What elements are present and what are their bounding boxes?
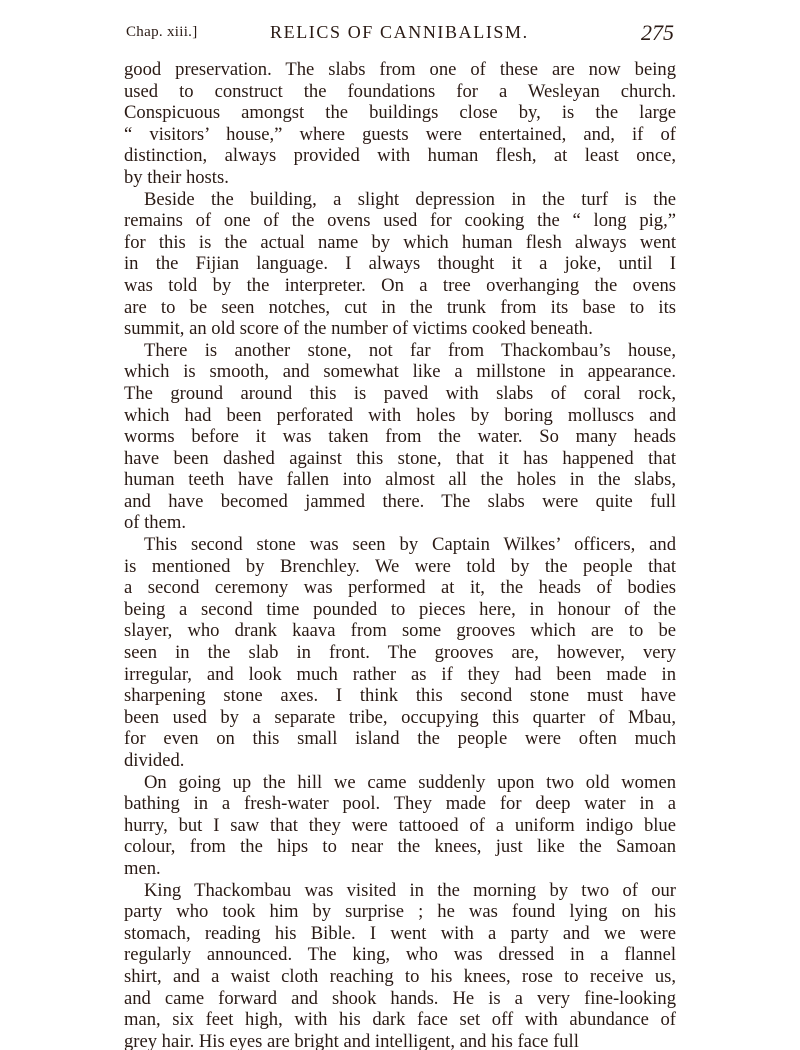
text-line: “ visitors’ house,” where guests were en… [124, 124, 676, 146]
text-line: used to construct the foundations for a … [124, 81, 676, 103]
text-line: irregular, and look much rather as if th… [124, 664, 676, 686]
text-line: There is another stone, not far from Tha… [124, 340, 676, 362]
text-line: seen in the slab in front. The grooves a… [124, 642, 676, 664]
text-line: been used by a separate tribe, occupying… [124, 707, 676, 729]
text-line: men. [124, 858, 676, 880]
text-line: being a second time pounded to pieces he… [124, 599, 676, 621]
paragraph: There is another stone, not far from Tha… [124, 340, 676, 534]
text-line: bathing in a fresh-water pool. They made… [124, 793, 676, 815]
text-line: slayer, who drank kaava from some groove… [124, 620, 676, 642]
text-line: and came forward and shook hands. He is … [124, 988, 676, 1010]
text-line: Conspicuous amongst the buildings close … [124, 102, 676, 124]
text-line: distinction, always provided with human … [124, 145, 676, 167]
chapter-title: RELICS OF CANNIBALISM. [270, 22, 529, 43]
text-line: for even on this small island the people… [124, 728, 676, 750]
text-line: of them. [124, 512, 676, 534]
text-line: This second stone was seen by Captain Wi… [124, 534, 676, 556]
text-line: remains of one of the ovens used for coo… [124, 210, 676, 232]
paragraph: King Thackombau was visited in the morni… [124, 880, 676, 1050]
text-line: divided. [124, 750, 676, 772]
text-line: Beside the building, a slight depression… [124, 189, 676, 211]
text-line: in the Fijian language. I always thought… [124, 253, 676, 275]
running-head: Chap. xiii.] RELICS OF CANNIBALISM. 275 [124, 18, 676, 48]
text-line: King Thackombau was visited in the morni… [124, 880, 676, 902]
text-line: was told by the interpreter. On a tree o… [124, 275, 676, 297]
text-line: sharpening stone axes. I think this seco… [124, 685, 676, 707]
text-line: colour, from the hips to near the knees,… [124, 836, 676, 858]
paragraph: Beside the building, a slight depression… [124, 189, 676, 340]
chapter-label: Chap. xiii.] [126, 24, 198, 41]
text-line: by their hosts. [124, 167, 676, 189]
text-line: for this is the actual name by which hum… [124, 232, 676, 254]
text-line: grey hair. His eyes are bright and intel… [124, 1031, 676, 1050]
text-line: shirt, and a waist cloth reaching to his… [124, 966, 676, 988]
book-page: Chap. xiii.] RELICS OF CANNIBALISM. 275 … [0, 0, 800, 1050]
text-line: which had been perforated with holes by … [124, 405, 676, 427]
text-line: a second ceremony was performed at it, t… [124, 577, 676, 599]
paragraph: good preservation. The slabs from one of… [124, 59, 676, 189]
text-line: are to be seen notches, cut in the trunk… [124, 297, 676, 319]
text-line: stomach, reading his Bible. I went with … [124, 923, 676, 945]
paragraph: This second stone was seen by Captain Wi… [124, 534, 676, 772]
text-line: man, six feet high, with his dark face s… [124, 1009, 676, 1031]
text-line: have been dashed against this stone, tha… [124, 448, 676, 470]
page-number: 275 [641, 20, 674, 46]
text-line: hurry, but I saw that they were tattooed… [124, 815, 676, 837]
paragraph: On going up the hill we came suddenly up… [124, 772, 676, 880]
text-line: party who took him by surprise ; he was … [124, 901, 676, 923]
text-line: regularly announced. The king, who was d… [124, 944, 676, 966]
text-line: summit, an old score of the number of vi… [124, 318, 676, 340]
text-line: is mentioned by Brenchley. We were told … [124, 556, 676, 578]
text-line: worms before it was taken from the water… [124, 426, 676, 448]
text-line: and have becomed jammed there. The slabs… [124, 491, 676, 513]
text-line: good preservation. The slabs from one of… [124, 59, 676, 81]
body-text: good preservation. The slabs from one of… [124, 59, 676, 1050]
text-line: human teeth have fallen into almost all … [124, 469, 676, 491]
text-line: On going up the hill we came suddenly up… [124, 772, 676, 794]
text-line: which is smooth, and somewhat like a mil… [124, 361, 676, 383]
text-line: The ground around this is paved with sla… [124, 383, 676, 405]
